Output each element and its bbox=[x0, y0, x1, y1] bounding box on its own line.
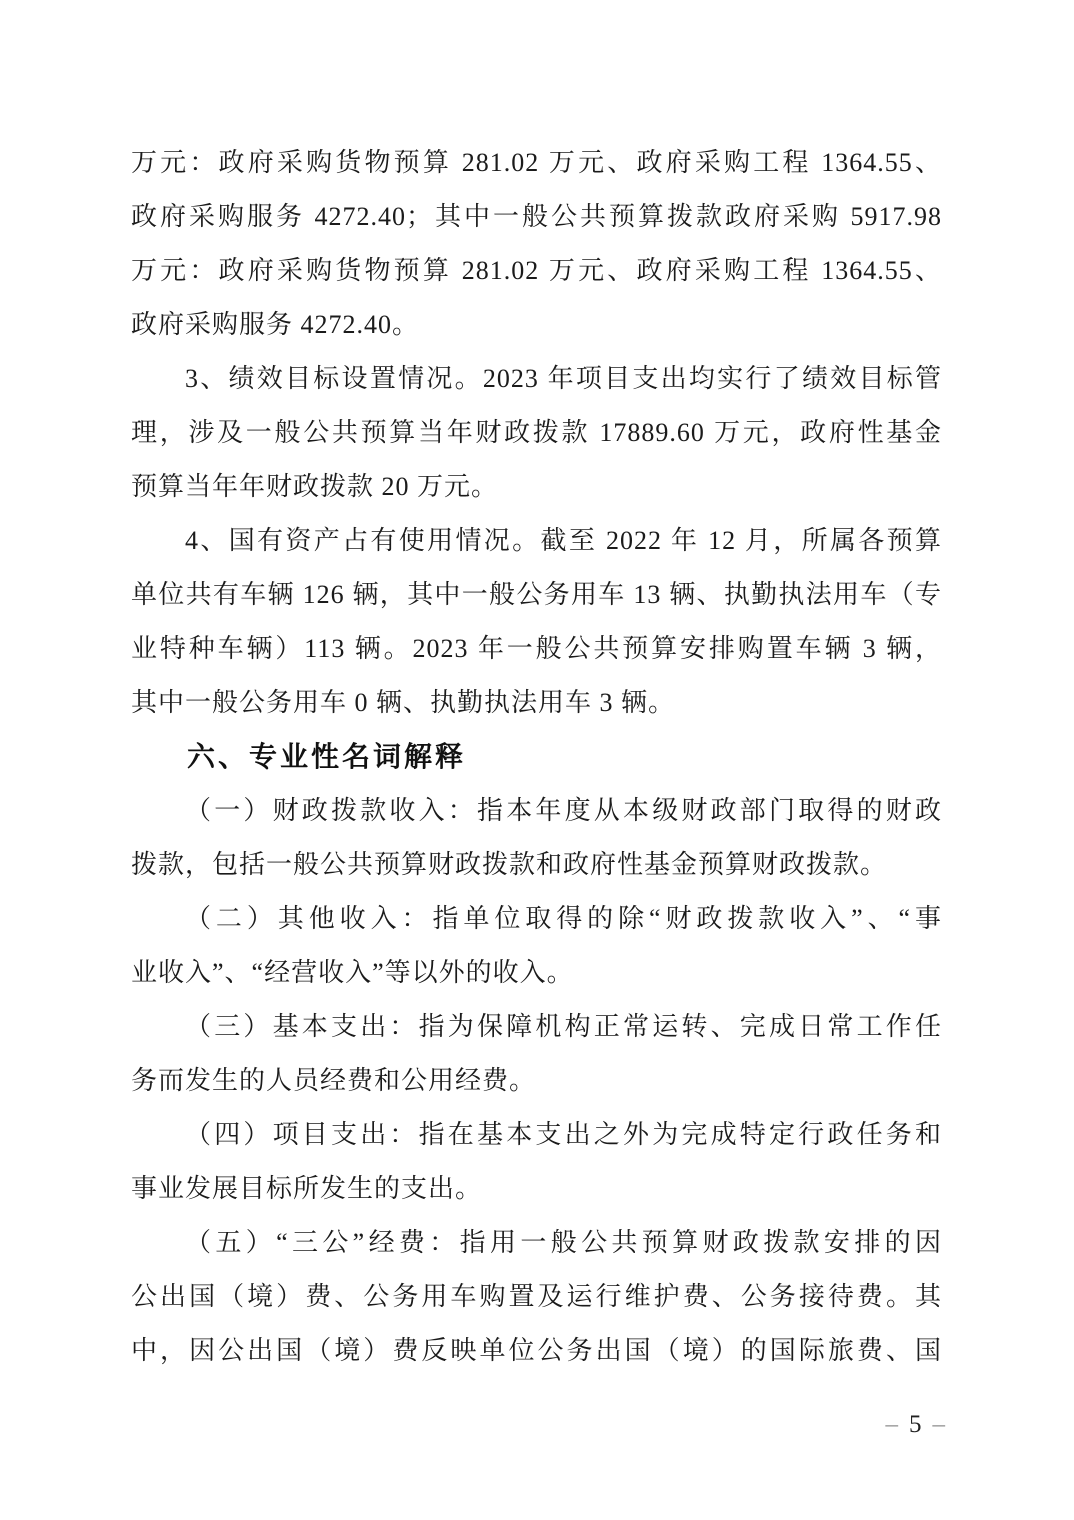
text-line: 事业发展目标所发生的支出。 bbox=[131, 1162, 942, 1216]
text-line: 政府采购服务 4272.40。 bbox=[131, 298, 942, 352]
text-line: （四）项目支出：指在基本支出之外为完成特定行政任务和 bbox=[131, 1108, 942, 1162]
text-line: （五）“三公”经费：指用一般公共预算财政拨款安排的因 bbox=[131, 1216, 942, 1270]
text-line: 4、国有资产占有使用情况。截至 2022 年 12 月，所属各预算 bbox=[131, 514, 942, 568]
page-footer: – 5 – bbox=[886, 1408, 946, 1442]
text-line: 业特种车辆）113 辆。2023 年一般公共预算安排购置车辆 3 辆， bbox=[131, 622, 942, 676]
text-line: 务而发生的人员经费和公用经费。 bbox=[131, 1054, 942, 1108]
text-line: 预算当年年财政拨款 20 万元。 bbox=[131, 460, 942, 514]
page-body: 万元：政府采购货物预算 281.02 万元、政府采购工程 1364.55、 政府… bbox=[131, 136, 942, 1378]
text-line: 中，因公出国（境）费反映单位公务出国（境）的国际旅费、国 bbox=[131, 1324, 942, 1378]
text-line: 3、绩效目标设置情况。2023 年项目支出均实行了绩效目标管 bbox=[131, 352, 942, 406]
text-line: 万元：政府采购货物预算 281.02 万元、政府采购工程 1364.55、 bbox=[131, 136, 942, 190]
text-line: 理，涉及一般公共预算当年财政拨款 17889.60 万元，政府性基金 bbox=[131, 406, 942, 460]
text-line: 政府采购服务 4272.40；其中一般公共预算拨款政府采购 5917.98 bbox=[131, 190, 942, 244]
page-number: 5 bbox=[909, 1408, 922, 1442]
text-line: 其中一般公务用车 0 辆、执勤执法用车 3 辆。 bbox=[131, 676, 942, 730]
text-line: 万元：政府采购货物预算 281.02 万元、政府采购工程 1364.55、 bbox=[131, 244, 942, 298]
text-line: 拨款，包括一般公共预算财政拨款和政府性基金预算财政拨款。 bbox=[131, 838, 942, 892]
section-heading: 六、专业性名词解释 bbox=[131, 730, 942, 784]
document-page: { "blocks": [ { "type": "paragraph-conti… bbox=[0, 0, 1074, 1520]
text-line: 单位共有车辆 126 辆，其中一般公务用车 13 辆、执勤执法用车（专 bbox=[131, 568, 942, 622]
text-line: （二）其他收入：指单位取得的除“财政拨款收入”、“事 bbox=[131, 892, 942, 946]
footer-dash-right: – bbox=[933, 1408, 946, 1442]
text-line: （一）财政拨款收入：指本年度从本级财政部门取得的财政 bbox=[131, 784, 942, 838]
text-line: 业收入”、“经营收入”等以外的收入。 bbox=[131, 946, 942, 1000]
text-line: （三）基本支出：指为保障机构正常运转、完成日常工作任 bbox=[131, 1000, 942, 1054]
text-line: 公出国（境）费、公务用车购置及运行维护费、公务接待费。其 bbox=[131, 1270, 942, 1324]
footer-dash-left: – bbox=[886, 1408, 899, 1442]
